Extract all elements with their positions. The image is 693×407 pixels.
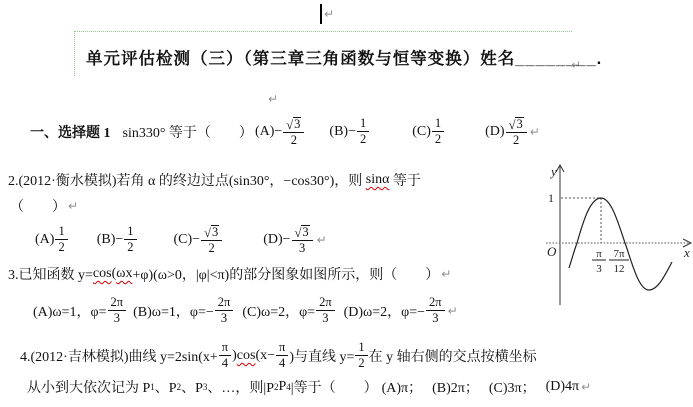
fraction: π 4: [219, 341, 231, 371]
fraction: 2π 3: [316, 296, 335, 326]
y-max-tick-label: 1: [548, 191, 554, 205]
option-a-label: (A)π；: [382, 377, 423, 397]
question-2-answer-paren: （ ） ↵: [10, 196, 78, 216]
peak-x-tick-denominator: 3: [596, 263, 602, 275]
fraction: 1 2: [124, 225, 136, 255]
zero-x-tick-numerator: 7π: [613, 248, 625, 260]
numerator: 1: [124, 225, 136, 240]
section-heading: 一、选择题 1: [30, 122, 111, 142]
denominator: 3: [432, 311, 438, 326]
option-b-label: (B)−: [329, 124, 356, 140]
numerator: π: [219, 341, 231, 356]
paragraph-mark-icon: ↵: [448, 305, 458, 317]
paragraph-mark-icon: ↵: [571, 59, 581, 71]
fraction: 2π 3: [215, 296, 234, 326]
denominator: 4: [222, 356, 228, 371]
option-d-label: (D)4π: [546, 379, 580, 395]
q4-text: P: [278, 379, 286, 395]
radicand: 3: [293, 117, 301, 132]
fraction: π 4: [276, 341, 288, 371]
paragraph-mark-icon: ↵: [441, 268, 451, 280]
cosine-function-figure: y 1 O x π 3 7π 12: [545, 162, 693, 309]
y-axis-label: y: [549, 164, 557, 179]
document-title: 单元评估检测（三）（第三章三角函数与恒等变换）姓名________.: [86, 45, 602, 69]
fraction: √3 3: [292, 225, 313, 256]
question-4-stem-mid3: )与直线 y=: [289, 346, 354, 366]
q4-text: 从小到大依次记为 P: [27, 377, 150, 397]
denominator: 2: [358, 356, 364, 371]
option-a-label: (A): [35, 232, 54, 248]
fraction: 1 2: [432, 117, 444, 147]
radical-sign: √: [286, 119, 293, 132]
paragraph-mark-icon: ↵: [530, 126, 540, 138]
paragraph-mark-icon: ↵: [68, 200, 78, 212]
fraction: 2π 3: [426, 296, 445, 326]
option-c-label: (C)−: [174, 232, 201, 248]
question-2-options: (A) 1 2 (B)− 1 2 (C)− √3 2 (D)− √3 3 ↵: [35, 221, 327, 259]
text-cursor[interactable]: [320, 4, 322, 24]
q4-text: 、…，则|P: [207, 377, 274, 397]
denominator: 4: [279, 356, 285, 371]
peak-x-tick-numerator: π: [596, 248, 602, 260]
q4-text: 、P: [181, 377, 203, 397]
origin-label: O: [547, 244, 557, 259]
numerator: 1: [55, 225, 67, 240]
numerator: 2π: [426, 296, 445, 311]
option-d-label: (D): [485, 124, 504, 140]
denominator: 2: [58, 240, 64, 255]
denominator: 2: [209, 241, 215, 256]
question-2-line: 2.(2012·衡水模拟)若角 α 的终边过点(sin30°，−cos30°)，…: [8, 170, 421, 190]
denominator: 3: [114, 311, 120, 326]
numerator: 2π: [215, 296, 234, 311]
option-b-label: (B)−: [97, 232, 124, 248]
question-4-line2: 从小到大依次记为 P1、P2、P3、…，则|P2P4|等于（ ） (A)π； (…: [27, 377, 591, 397]
fraction: 1 2: [357, 117, 369, 147]
fraction: √3 2: [283, 117, 304, 148]
q4-text: |等于（ ）: [291, 377, 378, 397]
denominator: 3: [299, 241, 305, 256]
denominator: 3: [322, 311, 328, 326]
numerator: 2π: [316, 296, 335, 311]
spellcheck-underline-text: cos: [93, 266, 112, 282]
zero-x-tick-denominator: 12: [614, 263, 625, 275]
paragraph-mark-icon: ↵: [317, 234, 327, 246]
paragraph-mark-icon: ↵: [268, 93, 278, 105]
denominator: 3: [221, 311, 227, 326]
radical-sign: √: [295, 227, 302, 240]
fraction: 2π 3: [108, 296, 127, 326]
radicand: 3: [515, 117, 523, 132]
fraction: 1 2: [355, 341, 367, 371]
question-3-stem-end: +φ)(ω>0，|φ|<π)的部分图象如图所示，则（ ）: [132, 264, 439, 284]
paragraph-mark-icon: ↵: [581, 381, 591, 393]
spellcheck-underline-text: cos: [237, 348, 256, 364]
q4-text: 、P: [155, 377, 177, 397]
denominator: 2: [513, 133, 519, 148]
question-1-stem: sin330° 等于（ ）: [123, 122, 253, 142]
radical-sign: √: [509, 119, 516, 132]
question-3-options: (A)ω=1，φ= 2π 3 (B)ω=1，φ=− 2π 3 (C)ω=2，φ=…: [33, 291, 458, 331]
spellcheck-underline-text: sinα: [366, 172, 390, 188]
fraction: √3 2: [201, 225, 222, 256]
radicand: 3: [301, 225, 309, 240]
answer-blank: （ ）: [10, 196, 66, 216]
question-3-line: 3.已知函数 y= cos ( ωx +φ)(ω>0，|φ|<π)的部分图象如图…: [8, 264, 451, 284]
numerator: 1: [357, 117, 369, 132]
question-2-stem: 2.(2012·衡水模拟)若角 α 的终边过点(sin30°，−cos30°)，…: [8, 170, 366, 190]
option-a-label: (A)−: [255, 124, 282, 140]
question-4-stem: 4.(2012·吉林模拟)曲线 y=2sin(x+: [20, 346, 218, 366]
option-b-label: (B)ω=1，φ=−: [133, 301, 214, 321]
question-2-stem-end: 等于: [389, 170, 421, 190]
option-c-label: (C)3π；: [489, 377, 536, 397]
numerator: π: [276, 341, 288, 356]
question-4-line: 4.(2012·吉林模拟)曲线 y=2sin(x+ π 4 ) cos (x− …: [20, 336, 537, 376]
fraction: 1 2: [55, 225, 67, 255]
denominator: 2: [435, 132, 441, 147]
numerator: 1: [355, 341, 367, 356]
denominator: 2: [127, 240, 133, 255]
spellcheck-underline-text: ωx: [116, 266, 132, 282]
option-d-label: (D)ω=2，φ=−: [344, 301, 425, 321]
numerator: 1: [432, 117, 444, 132]
radicand: 3: [211, 225, 219, 240]
document-page: ↵ 单元评估检测（三）（第三章三角函数与恒等变换）姓名________. ↵ ↵…: [0, 0, 693, 407]
question-3-stem: 3.已知函数 y=: [8, 264, 93, 284]
option-d-label: (D)−: [263, 232, 290, 248]
option-c-label: (C)ω=2，φ=: [242, 301, 315, 321]
question-4-stem-mid2: (x−: [255, 348, 275, 364]
option-a-label: (A)ω=1，φ=: [33, 301, 107, 321]
denominator: 2: [360, 132, 366, 147]
denominator: 2: [291, 133, 297, 148]
fraction: √3 2: [506, 117, 527, 148]
option-b-label: (B)2π；: [432, 377, 479, 397]
x-axis-label: x: [683, 245, 690, 260]
radical-sign: √: [204, 227, 211, 240]
paragraph-mark-icon: ↵: [324, 8, 334, 20]
numerator: 2π: [108, 296, 127, 311]
question-1-line: 一、选择题 1 sin330° 等于（ ） (A)− √3 2 (B)− 1 2…: [30, 112, 540, 152]
question-4-stem-end: 在 y 轴右侧的交点按横坐标: [369, 346, 537, 366]
option-c-label: (C): [412, 124, 431, 140]
